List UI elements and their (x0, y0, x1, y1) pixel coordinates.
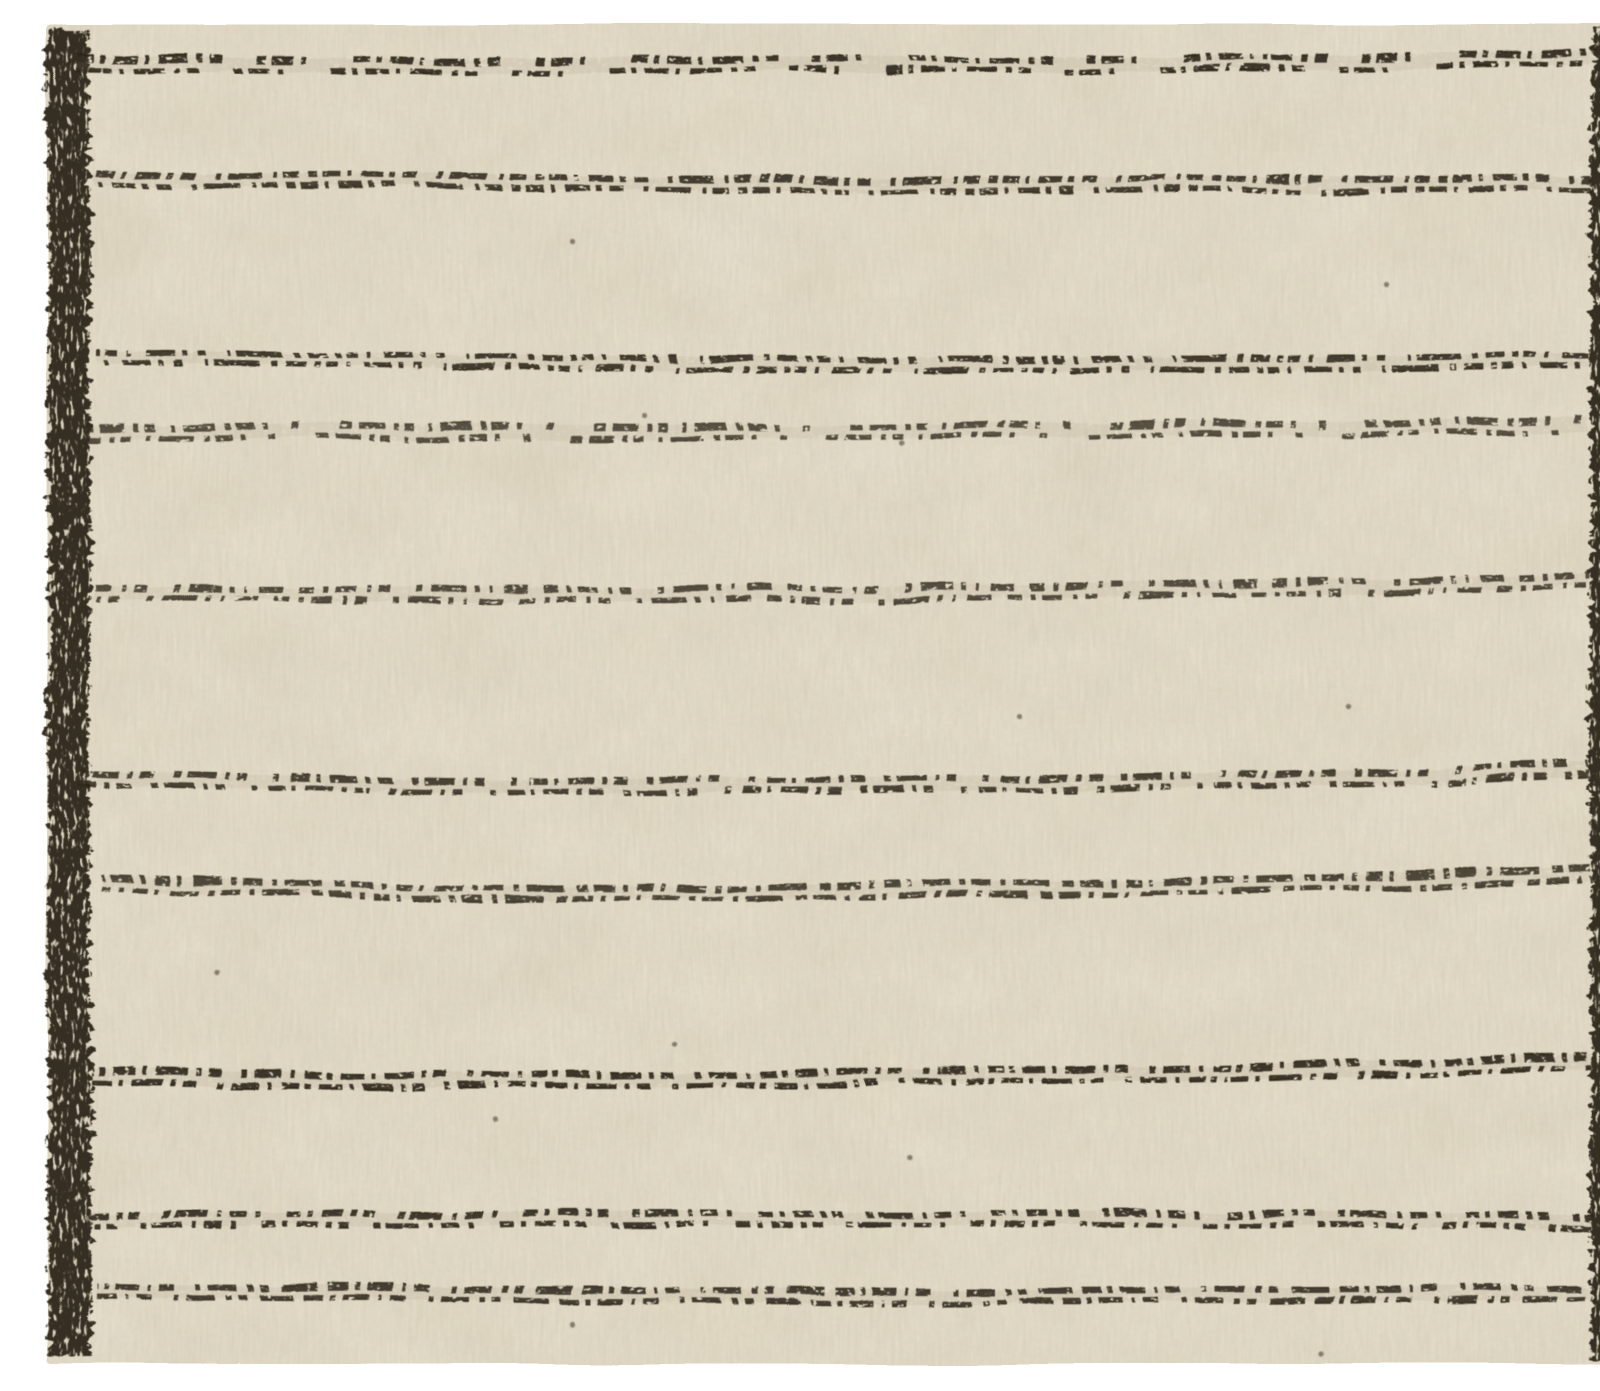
rug-border-right (1591, 26, 1600, 1360)
fleck (899, 441, 904, 446)
fleck (1017, 713, 1022, 718)
fleck (907, 1153, 912, 1158)
rug-stripe-10 (95, 1287, 1592, 1302)
fleck (1317, 1351, 1322, 1356)
fleck (492, 1116, 497, 1121)
fleck (215, 970, 220, 975)
rug-illustration (40, 16, 1600, 1375)
rug-product-photo (40, 16, 1600, 1375)
fleck (671, 1040, 676, 1045)
fleck (642, 413, 647, 418)
fleck (569, 1321, 574, 1326)
rug (47, 24, 1600, 1364)
fleck (1344, 703, 1349, 708)
rug-border-left (48, 29, 90, 1357)
fleck (570, 239, 575, 244)
fleck (1385, 281, 1390, 286)
rug-texture (47, 24, 1600, 1364)
